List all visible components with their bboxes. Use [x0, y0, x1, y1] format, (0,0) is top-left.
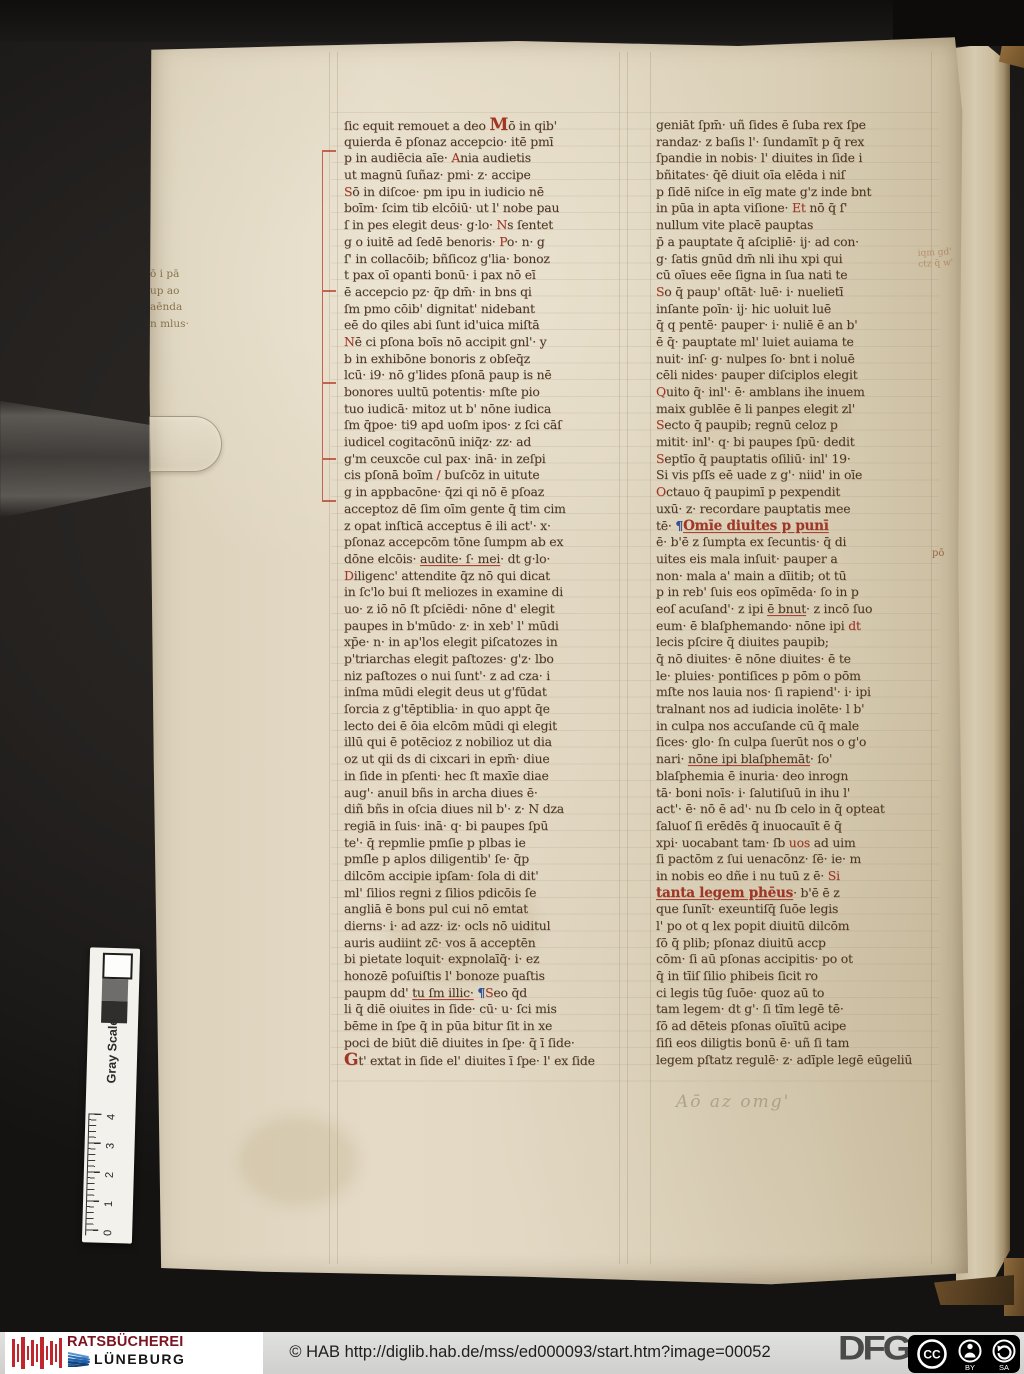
- manuscript-line: iudicel cogitacōnū iniq̄z· zz· ad: [344, 434, 629, 451]
- manuscript-line: uxū· z· recordare pauptatis mee: [656, 501, 941, 518]
- manuscript-line: poci de biūt diē diuites in ſpe· q̄ ī ſi…: [344, 1035, 629, 1052]
- ruler-numbers: 43210: [102, 1108, 120, 1238]
- photo-background: ſic equit remouet a deo Mō in qib'quierd…: [0, 0, 1024, 1374]
- manuscript-line: Sō in diſcoe· pm ipu in iudicio nē: [344, 184, 629, 201]
- manuscript-line: Nē ci pſona boīs nō accipit gnl'· y: [344, 334, 629, 351]
- manuscript-line: p'triarchas elegit paſtozes· g'z· lbo: [344, 651, 629, 668]
- parchment-stain: [238, 1116, 358, 1206]
- manuscript-line: nuit· inſ· g· nulpes ſo· bnt i noluē: [656, 351, 941, 368]
- manuscript-line: in ſide in pſenti· hec ſt maxīe diae: [344, 768, 629, 785]
- text-column-right: geniāt ſpm̄· uñ ſides ē ſuba rex ſperand…: [656, 117, 941, 1068]
- manuscript-line: ſiſi eos diligtis bonū ē· uñ ſi tam: [656, 1035, 941, 1052]
- svg-text:BY: BY: [965, 1363, 975, 1372]
- manuscript-line: inſante poīn· ij· hic uoluit luē: [656, 301, 941, 318]
- manuscript-line: eoſ acuſand'· z ipi ē bnut· z incō ſuo: [656, 601, 941, 618]
- manuscript-line: ſ' in collacōib; bñſicoz g'lia· bonoz: [344, 251, 629, 268]
- manuscript-line: oz ut qii ds di cixcari in epm̄· diue: [344, 751, 629, 768]
- manuscript-line: in nobis eo dñe i nu tuū z ē· Si: [656, 868, 941, 885]
- manuscript-line: bñitates· q̄ē diuit oīa elēda i niſ: [656, 167, 941, 184]
- manuscript-line: tē· ¶Omīe diuites p punī: [656, 518, 941, 535]
- text-column-left: ſic equit remouet a deo Mō in qib'quierd…: [344, 117, 629, 1068]
- manuscript-line: uo· z iō nō ſt pſciēdi· nōne d' elegit: [344, 601, 629, 618]
- manuscript-line: cēli nides· pauper diſciplos elegit: [656, 367, 941, 384]
- manuscript-line: l' po ot q lex popit diuitū dilcōm: [656, 918, 941, 935]
- book-icon: [67, 1351, 91, 1367]
- manuscript-line: p in audiēcia aīe· Ania audietis: [344, 150, 629, 167]
- manuscript-line: tralnant nos ad iudicia inolēte· l b': [656, 701, 941, 718]
- manuscript-line: blaſphemia ē inuria· deo inrogn: [656, 768, 941, 785]
- manuscript-line: te'· q̄ repmlie pmſie p plbas ie: [344, 835, 629, 852]
- manuscript-line: p̄ a pauptate q̄ aſcipliē· ij· ad con·: [656, 234, 941, 251]
- ruler-ticks: [85, 1113, 103, 1235]
- library-name: RATSBÜCHEREI LÜNEBURG: [67, 1334, 185, 1367]
- manuscript-line: quierda ē pſonaz accepcio· itē pmī: [344, 134, 629, 151]
- manuscript-line: ci legis tūg ſuōe· quoz aū to: [656, 985, 941, 1002]
- manuscript-line: legem pſtatz regulē· z· adīple legē eūge…: [656, 1052, 941, 1069]
- manuscript-line: lecto dei ē ōia elcōm mūdi qi elegit: [344, 718, 629, 735]
- manuscript-line: ſm q̄poe· ti9 apd uoſm ipos· z ſci cāſ: [344, 417, 629, 434]
- manuscript-line: ml' ſilios regni z ſilios pdicōis ſe: [344, 885, 629, 902]
- library-logo: RATSBÜCHEREI LÜNEBURG: [5, 1332, 263, 1374]
- manuscript-line: q̄ q pentē· pauper· i· nuliē ē an b': [656, 317, 941, 334]
- manuscript-line: So q̄ paup' oſtāt· luē· i· nuelietī: [656, 284, 941, 301]
- manuscript-line: le· pluies· pontiſices p pōm o pōm: [656, 668, 941, 685]
- bottom-faint-note: Aō az omg': [676, 1092, 790, 1112]
- manuscript-line: cis pſonā boīm / buſcōz in uitute: [344, 467, 629, 484]
- gray-scale-label: Gray Scale: [104, 1011, 120, 1091]
- manuscript-line: act'· ē· nō ē ad'· nu ſb celo in q̄ opte…: [656, 801, 941, 818]
- background-top-shadow: [0, 0, 1024, 42]
- manuscript-line: auris audiint zc̄· vos ā acceptēn: [344, 935, 629, 952]
- manuscript-line: in pūa in apta viſione· Et nō q̄ ſ': [656, 200, 941, 217]
- manuscript-line: q̄ nō diuites· ē nōne diuites· ē te: [656, 651, 941, 668]
- manuscript-line: pſonaz accepcōm tōne ſumpm ab ex: [344, 534, 629, 551]
- manuscript-line: ē accepcio pz· q̄p dm̄· in bns qi: [344, 284, 629, 301]
- manuscript-line: boīm· ſcim tib elcōiū· ut l' nobe pau: [344, 200, 629, 217]
- manuscript-line: dōne elcōis· audite· ſ· mei· dt g·lo·: [344, 551, 629, 568]
- page-holder-clip-shadow: [0, 396, 152, 518]
- manuscript-line: acceptoz dē ſim oīm gente q̄ tim cim: [344, 501, 629, 518]
- manuscript-line: illū qui ē potēcioz z nobilioz ut dia: [344, 734, 629, 751]
- manuscript-line: que ſunīt· exeuntiſq̄ ſuōe legis: [656, 901, 941, 918]
- manuscript-line: cōm· ſi aū pſonas accipitis· po ot: [656, 951, 941, 968]
- manuscript-line: lcū· i9· nō g'lides pſonā paup is nē: [344, 367, 629, 384]
- manuscript-line: ſm pmo cōib' dignitat' nidebant: [344, 301, 629, 318]
- manuscript-line: ſpandie in nobis· l' diuites in ſide i: [656, 150, 941, 167]
- gray-swatch-mid: [102, 979, 129, 1002]
- dfg-logo: DFG: [838, 1330, 909, 1369]
- manuscript-line: Diligenc' attendite q̄z nō qui dicat: [344, 568, 629, 585]
- manuscript-line: randaz· z baſis l'· ſundamīt p q̄ rex: [656, 134, 941, 151]
- gray-scale-card: Gray Scale 43210: [82, 947, 140, 1243]
- manuscript-line: non· mala a' main a dīitib; ot tū: [656, 568, 941, 585]
- manuscript-line: ſorcia z g'tēptiblia· in quo appt q̄e: [344, 701, 629, 718]
- manuscript-line: ſ in pes elegit deus· g·lo· Ns ſentet: [344, 217, 629, 234]
- manuscript-line: paupm dd' tu ſm illic· ¶Seo q̄d: [344, 985, 629, 1002]
- barcode-icon: [11, 1335, 63, 1371]
- library-name-line1: RATSBÜCHEREI: [67, 1334, 185, 1350]
- manuscript-line: pmſle p aplos diligentib' ſe· q̄p: [344, 851, 629, 868]
- manuscript-line: Quito q̄· inl'· ē· amblans ihe inuem: [656, 384, 941, 401]
- manuscript-line: Octauo q̄ paupimī p pexpendit: [656, 484, 941, 501]
- manuscript-line: dierns· i· ad azz· iz· ocls nō uiditul: [344, 918, 629, 935]
- cc-license-badge: CC BY SA: [908, 1335, 1020, 1373]
- manuscript-line: regiā in ſuis· inā· q· bi paupes ſpū: [344, 818, 629, 835]
- manuscript-line: tam legem· dt g'· ſi tīm legē tē·: [656, 1001, 941, 1018]
- manuscript-line: nullum vite placē pauptas: [656, 217, 941, 234]
- manuscript-line: xp̄e· n· in ap'los elegit piſcatozes in: [344, 634, 629, 651]
- manuscript-line: niz paſtozes o nui ſunt'· z ad cza· i: [344, 668, 629, 685]
- manuscript-page: ſic equit remouet a deo Mō in qib'quierd…: [148, 36, 968, 1288]
- manuscript-line: Secto q̄ paupib; regnū celoz p: [656, 417, 941, 434]
- manuscript-line: ē q̄· pauptate ml' luiet auiama te: [656, 334, 941, 351]
- manuscript-line: g· ſatis gnūd dm̄ nli ihu xpi qui: [656, 251, 941, 268]
- manuscript-line: p ſidē niſce in eīg mate g'z inde bnt: [656, 184, 941, 201]
- manuscript-line: g in appbacōne· q̄zi qi nō ē pſoaz: [344, 484, 629, 501]
- right-margin-note: iqm gd'ctz q̄ w': [917, 247, 953, 271]
- manuscript-line: ſō q̄ plib; pſonaz diuitū accp: [656, 935, 941, 952]
- manuscript-line: b in exhibōne bonoris z obſeq̄z: [344, 351, 629, 368]
- manuscript-line: nari· nōne ipi blaſphemāt· ſo': [656, 751, 941, 768]
- manuscript-line: xpi· uocabant tam· ſb uos ad uim: [656, 835, 941, 852]
- manuscript-line: cū oīues eēe ſigna in ſua nati te: [656, 267, 941, 284]
- manuscript-line: bi pietate loquit· expnolaīq̄· i· ez: [344, 951, 629, 968]
- manuscript-line: tanta legem phēus· b'ē ē z: [656, 885, 941, 902]
- manuscript-line: eum· ē blaſphemando· nōne ipi dt: [656, 618, 941, 635]
- manuscript-line: in culpa nos accuſande cū q̄ male: [656, 718, 941, 735]
- manuscript-line: ſic equit remouet a deo Mō in qib': [344, 117, 629, 134]
- manuscript-line: ſaluoſ ſi erēdēs q̄ inuocauīt ē q̄: [656, 818, 941, 835]
- manuscript-line: paupes in b'mūdo· z· in xeb' l' mūdi: [344, 618, 629, 635]
- gray-swatch-white: [102, 953, 133, 980]
- library-name-line2: LÜNEBURG: [94, 1351, 185, 1367]
- manuscript-line: in ſc'lo bui ſt meliozes in examine di: [344, 584, 629, 601]
- manuscript-line: Gt' extat in ſide el' diuites ī ſpe· l' …: [344, 1052, 629, 1069]
- manuscript-line: mitit· inl'· q· bi paupes ſpū· dedit: [656, 434, 941, 451]
- manuscript-line: ſi pactōm z ſui uenacōnz· ſē· ie· m: [656, 851, 941, 868]
- svg-text:CC: CC: [923, 1348, 941, 1362]
- ruling-vertical-line: [650, 52, 651, 1264]
- page-holder-clip: [149, 416, 222, 472]
- manuscript-line: p in reb' ſuis eos opīmēda· ſo in p: [656, 584, 941, 601]
- svg-text:SA: SA: [999, 1363, 1009, 1372]
- manuscript-line: geniāt ſpm̄· uñ ſides ē ſuba rex ſpe: [656, 117, 941, 134]
- left-margin-note: ō i pāup aoaēndan mlus·: [150, 266, 222, 332]
- manuscript-line: t pax oī opanti bonū· i pax nō eī: [344, 267, 629, 284]
- manuscript-line: mſte nos lauia nos· ſi rapiend'· i· ipi: [656, 684, 941, 701]
- manuscript-line: eē do qiles abi ſunt id'uica miſtā: [344, 317, 629, 334]
- manuscript-line: tā· boni noīs· i· ſalutiſuū in ihu l': [656, 785, 941, 802]
- manuscript-line: q̄ in tīiſ ſilio phibeis ſicit ro: [656, 968, 941, 985]
- copyright-url: © HAB http://diglib.hab.de/mss/ed000093/…: [268, 1343, 792, 1362]
- manuscript-line: g o iuitē ad ſedē benoris· Po· n· g: [344, 234, 629, 251]
- manuscript-line: ſices· glo· ſn culpa ſuerūt nos o g'o: [656, 734, 941, 751]
- manuscript-line: bonores uultū potentis· mſte pio: [344, 384, 629, 401]
- manuscript-line: dilcōm accipie ipſam· ſola di dit': [344, 868, 629, 885]
- red-margin-bracket: [322, 150, 339, 502]
- manuscript-line: g'm ceuxcōe cul pax· inā· in zeſpi: [344, 451, 629, 468]
- manuscript-line: lecis pſcire q̄ diuites paupib;: [656, 634, 941, 651]
- right-margin-mark: pō: [932, 548, 944, 559]
- manuscript-line: z opat inſticā acceptus ē ili act'· x·: [344, 518, 629, 535]
- manuscript-line: Si vis pſſs eē uade z g'· niid' in oīe: [656, 467, 941, 484]
- manuscript-line: maix gublēe ē li panpes elegit zl': [656, 401, 941, 418]
- manuscript-line: tuo iudicā· mitoz ut b' nōne iudica: [344, 401, 629, 418]
- manuscript-line: inſma mūdi elegit deus ut g'fūdat: [344, 684, 629, 701]
- manuscript-line: honozē poſuiſtis l' bonoze puaſtis: [344, 968, 629, 985]
- manuscript-line: aug'· anuil bñs in archa diues ē·: [344, 785, 629, 802]
- wood-wedge-bottom-right: [934, 1275, 1014, 1305]
- manuscript-line: li q̄ diē oiuites in ſide· cū· u· ſci mi…: [344, 1001, 629, 1018]
- manuscript-line: angliā ē bons pul cui nō emtat: [344, 901, 629, 918]
- manuscript-line: ſō ad dēteis pſonas oīuītū acipe: [656, 1018, 941, 1035]
- manuscript-line: ē· b'ē z ſumpta ex ſecuntis· q̄ di: [656, 534, 941, 551]
- manuscript-line: diñ bñs in oſcia diues nil b'· z· N dza: [344, 801, 629, 818]
- manuscript-line: Septīo q̄ pauptatis oſiliū· inl' 19·: [656, 451, 941, 468]
- manuscript-line: ut magnū ſuñaz· pmi· z· accipe: [344, 167, 629, 184]
- manuscript-line: uites eis mala inſuit· pauper a: [656, 551, 941, 568]
- manuscript-line: bēme in ſpe q̄ in pūa bitur ſit in xe: [344, 1018, 629, 1035]
